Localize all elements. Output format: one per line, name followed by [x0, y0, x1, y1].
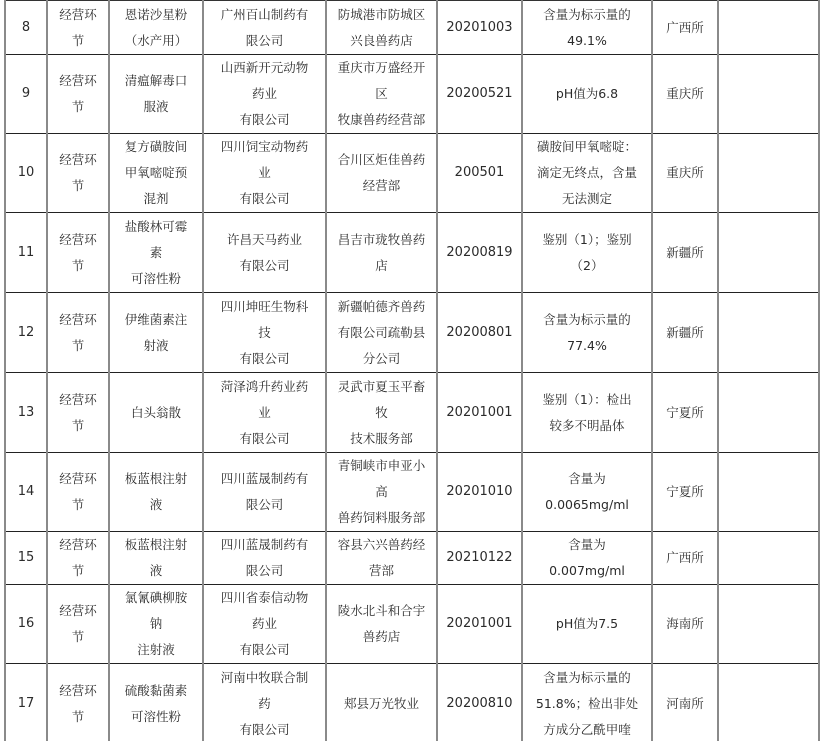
product-name-cell: 板蓝根注射 液	[109, 453, 203, 532]
lab-cell: 新疆所	[652, 293, 718, 373]
stage-cell: 经营环 节	[47, 1, 109, 55]
test-result-cell: 磺胺间甲氧嘧啶： 滴定无终点，含量 无法测定	[522, 134, 652, 213]
row-number: 9	[5, 55, 47, 134]
product-name-cell: 恩诺沙星粉 （水产用）	[109, 1, 203, 55]
seller-cell: 重庆市万盛经开 区 牧康兽药经营部	[326, 55, 437, 134]
note-cell	[718, 532, 819, 585]
manufacturer-cell: 四川省泰信动物 药业 有限公司	[203, 585, 326, 664]
inspection-results-table: 8经营环 节恩诺沙星粉 （水产用）广州百山制药有 限公司防城港市防城区 兴良兽药…	[4, 0, 820, 741]
product-name-cell: 清瘟解毒口 服液	[109, 55, 203, 134]
product-name-cell: 硫酸黏菌素 可溶性粉	[109, 664, 203, 741]
note-cell	[718, 453, 819, 532]
stage-cell: 经营环 节	[47, 213, 109, 293]
table-body: 8经营环 节恩诺沙星粉 （水产用）广州百山制药有 限公司防城港市防城区 兴良兽药…	[5, 1, 819, 741]
table-row: 16经营环 节氯氰碘柳胺 钠 注射液四川省泰信动物 药业 有限公司陵水北斗和合宇…	[5, 585, 819, 664]
row-number: 10	[5, 134, 47, 213]
test-result-cell: pH值为7.5	[522, 585, 652, 664]
table-row: 9经营环 节清瘟解毒口 服液山西新开元动物 药业 有限公司重庆市万盛经开 区 牧…	[5, 55, 819, 134]
seller-cell: 陵水北斗和合宇 兽药店	[326, 585, 437, 664]
note-cell	[718, 1, 819, 55]
seller-cell: 新疆帕德齐兽药 有限公司疏勒县 分公司	[326, 293, 437, 373]
table-row: 13经营环 节白头翁散菏泽鸿升药业药 业 有限公司灵武市夏玉平畜 牧 技术服务部…	[5, 373, 819, 453]
stage-cell: 经营环 节	[47, 55, 109, 134]
manufacturer-cell: 河南中牧联合制 药 有限公司	[203, 664, 326, 741]
table-row: 8经营环 节恩诺沙星粉 （水产用）广州百山制药有 限公司防城港市防城区 兴良兽药…	[5, 1, 819, 55]
seller-cell: 青铜峡市申亚小 高 兽药饲料服务部	[326, 453, 437, 532]
table-row: 14经营环 节板蓝根注射 液四川蓝晟制药有 限公司青铜峡市申亚小 高 兽药饲料服…	[5, 453, 819, 532]
row-number: 15	[5, 532, 47, 585]
row-number: 12	[5, 293, 47, 373]
stage-cell: 经营环 节	[47, 453, 109, 532]
lab-cell: 广西所	[652, 532, 718, 585]
batch-number-cell: 20201001	[437, 373, 522, 453]
batch-number-cell: 200501	[437, 134, 522, 213]
test-result-cell: pH值为6.8	[522, 55, 652, 134]
manufacturer-cell: 菏泽鸿升药业药 业 有限公司	[203, 373, 326, 453]
note-cell	[718, 664, 819, 741]
stage-cell: 经营环 节	[47, 293, 109, 373]
seller-cell: 郏县万光牧业	[326, 664, 437, 741]
stage-cell: 经营环 节	[47, 585, 109, 664]
seller-cell: 昌吉市珑牧兽药 店	[326, 213, 437, 293]
product-name-cell: 板蓝根注射 液	[109, 532, 203, 585]
stage-cell: 经营环 节	[47, 373, 109, 453]
row-number: 11	[5, 213, 47, 293]
batch-number-cell: 20200801	[437, 293, 522, 373]
note-cell	[718, 213, 819, 293]
test-result-cell: 含量为标示量的 49.1%	[522, 1, 652, 55]
seller-cell: 灵武市夏玉平畜 牧 技术服务部	[326, 373, 437, 453]
lab-cell: 广西所	[652, 1, 718, 55]
lab-cell: 宁夏所	[652, 373, 718, 453]
lab-cell: 河南所	[652, 664, 718, 741]
manufacturer-cell: 山西新开元动物 药业 有限公司	[203, 55, 326, 134]
batch-number-cell: 20200810	[437, 664, 522, 741]
product-name-cell: 盐酸林可霉 素 可溶性粉	[109, 213, 203, 293]
lab-cell: 海南所	[652, 585, 718, 664]
row-number: 16	[5, 585, 47, 664]
test-result-cell: 鉴别（1）：检出 较多不明晶体	[522, 373, 652, 453]
table-row: 15经营环 节板蓝根注射 液四川蓝晟制药有 限公司容县六兴兽药经 营部20210…	[5, 532, 819, 585]
row-number: 14	[5, 453, 47, 532]
seller-cell: 容县六兴兽药经 营部	[326, 532, 437, 585]
test-result-cell: 含量为标示量的 51.8%；检出非处 方成分乙酰甲喹	[522, 664, 652, 741]
product-name-cell: 白头翁散	[109, 373, 203, 453]
batch-number-cell: 20201001	[437, 585, 522, 664]
note-cell	[718, 373, 819, 453]
stage-cell: 经营环 节	[47, 532, 109, 585]
product-name-cell: 伊维菌素注 射液	[109, 293, 203, 373]
batch-number-cell: 20201010	[437, 453, 522, 532]
seller-cell: 合川区炬佳兽药 经营部	[326, 134, 437, 213]
table-row: 17经营环 节硫酸黏菌素 可溶性粉河南中牧联合制 药 有限公司郏县万光牧业202…	[5, 664, 819, 741]
note-cell	[718, 134, 819, 213]
row-number: 8	[5, 1, 47, 55]
product-name-cell: 氯氰碘柳胺 钠 注射液	[109, 585, 203, 664]
stage-cell: 经营环 节	[47, 134, 109, 213]
table-row: 10经营环 节复方磺胺间 甲氧嘧啶预 混剂四川饲宝动物药 业 有限公司合川区炬佳…	[5, 134, 819, 213]
table-row: 12经营环 节伊维菌素注 射液四川坤旺生物科 技 有限公司新疆帕德齐兽药 有限公…	[5, 293, 819, 373]
test-result-cell: 含量为 0.0065mg/ml	[522, 453, 652, 532]
stage-cell: 经营环 节	[47, 664, 109, 741]
manufacturer-cell: 四川饲宝动物药 业 有限公司	[203, 134, 326, 213]
note-cell	[718, 585, 819, 664]
batch-number-cell: 20201003	[437, 1, 522, 55]
batch-number-cell: 20210122	[437, 532, 522, 585]
row-number: 17	[5, 664, 47, 741]
test-result-cell: 含量为标示量的 77.4%	[522, 293, 652, 373]
manufacturer-cell: 四川坤旺生物科 技 有限公司	[203, 293, 326, 373]
lab-cell: 新疆所	[652, 213, 718, 293]
row-number: 13	[5, 373, 47, 453]
table-row: 11经营环 节盐酸林可霉 素 可溶性粉许昌天马药业 有限公司昌吉市珑牧兽药 店2…	[5, 213, 819, 293]
manufacturer-cell: 四川蓝晟制药有 限公司	[203, 532, 326, 585]
lab-cell: 宁夏所	[652, 453, 718, 532]
test-result-cell: 含量为 0.007mg/ml	[522, 532, 652, 585]
batch-number-cell: 20200819	[437, 213, 522, 293]
manufacturer-cell: 许昌天马药业 有限公司	[203, 213, 326, 293]
note-cell	[718, 55, 819, 134]
seller-cell: 防城港市防城区 兴良兽药店	[326, 1, 437, 55]
manufacturer-cell: 四川蓝晟制药有 限公司	[203, 453, 326, 532]
manufacturer-cell: 广州百山制药有 限公司	[203, 1, 326, 55]
product-name-cell: 复方磺胺间 甲氧嘧啶预 混剂	[109, 134, 203, 213]
lab-cell: 重庆所	[652, 134, 718, 213]
lab-cell: 重庆所	[652, 55, 718, 134]
batch-number-cell: 20200521	[437, 55, 522, 134]
test-result-cell: 鉴别（1）；鉴别 （2）	[522, 213, 652, 293]
note-cell	[718, 293, 819, 373]
